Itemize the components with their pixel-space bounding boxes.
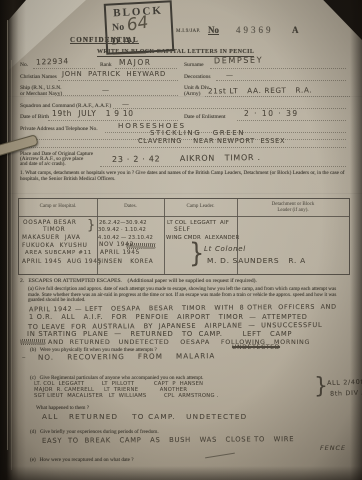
- col-header-detachment-1: Detachment or Block: [237, 202, 349, 207]
- q2c-names-line3: SGT LIEUT MACALISTER LT WILLIAMS CPL ARM…: [34, 393, 219, 399]
- camp-row1-leader-2: SELF: [174, 227, 191, 233]
- rank-value: MAJOR: [119, 58, 151, 67]
- stamp-handwritten-number: 64: [125, 12, 150, 35]
- decorations-value: —: [226, 71, 234, 79]
- question1-text: 1. What camps, detachments or hospitals …: [20, 171, 348, 183]
- serial-number: 49369: [236, 25, 274, 35]
- paper-crease: [0, 193, 362, 195]
- what-happened-text: What happened to them ?: [36, 405, 89, 411]
- unit-value: 21st LT AA. REGT R.A.: [208, 85, 313, 95]
- q2a-answer-line4: IN STARTING PLANE — RETURNED TO CAMP. LE…: [27, 330, 292, 338]
- field-line: [33, 68, 95, 69]
- q2a-text: (a) Give full description and approx. da…: [28, 287, 348, 304]
- camp-row1-dates-2: 30.9.42 · 1.10.42: [98, 227, 146, 233]
- address-line3: CLAVERING NEAR NEWPORT ESSEX: [138, 137, 285, 145]
- ship-value: —: [102, 86, 110, 94]
- rank-label: Rank: [100, 62, 112, 68]
- camp-row3-dates-2: APRIL 1945: [100, 250, 140, 256]
- address-line2: STICKLING GREEN: [150, 129, 245, 137]
- camp-row1-name-2: TIMOR: [43, 227, 65, 233]
- capture-label-line3: and date of a/c crash).: [20, 161, 66, 167]
- q2b-crossed-out-word: UNDETECTED: [232, 344, 280, 351]
- rows34-leader-2: M. D. SAUNDERS R. A: [207, 256, 306, 265]
- page-edge-line: [7, 20, 8, 450]
- camp-row2-dates: 4.10.42 — 23.10.42: [98, 235, 153, 241]
- surname-label: Surname: [184, 62, 204, 68]
- field-line: [58, 80, 178, 81]
- photo-edge-shadow: [0, 466, 362, 480]
- binding-edge: [0, 0, 26, 480]
- page-edge-line: [11, 60, 12, 470]
- form-reference: M.I.9/JAP.: [176, 29, 201, 34]
- camp-row4-dates: JINSEN KOREA: [99, 259, 153, 265]
- decorations-label: Decorations: [184, 74, 211, 80]
- q2b-answer: NO. RECOVERING FROM MALARIA: [38, 351, 215, 362]
- q2d-answer-line2: FENCE: [320, 444, 346, 452]
- pencil-scribble: [126, 243, 156, 249]
- col-header-dates: Dates.: [97, 204, 164, 209]
- col-header-detachment-2: Leader (if any).: [237, 208, 349, 213]
- question2-heading: 2. ESCAPES OR ATTEMPTED ESCAPES. (Additi…: [20, 278, 257, 284]
- field-line: [113, 108, 346, 109]
- serial-no-sign: No: [208, 25, 219, 35]
- field-line: [210, 68, 346, 69]
- no-value: 122934: [36, 56, 69, 66]
- camp-row1-dates-1: 26.2.42—30.9.42: [99, 220, 147, 226]
- address-label: Private Address and Telephone No.: [20, 126, 98, 132]
- surname-value: DEMPSEY: [214, 56, 263, 66]
- enlistment-label: Date of Enlistment: [184, 114, 226, 120]
- row1-brace: }: [87, 218, 95, 233]
- leader-brace: }: [189, 238, 204, 269]
- camp-row4-name: APRIL 1945 AUG 1945: [22, 259, 102, 265]
- camp-row2-name: MAKASUER JAVA: [22, 235, 81, 241]
- rows34-leader-1: Lt Colonel: [204, 245, 246, 253]
- col-header-leader: Camp Leader.: [164, 204, 237, 209]
- field-line: [20, 147, 346, 148]
- paper-crease: [0, 96, 362, 98]
- confidential-label-overlay: CONFIDENTIAL: [70, 36, 139, 44]
- camp-row1-name-1: OOSAPA BESAR: [23, 220, 77, 226]
- q2e-text: (e) How were you recaptured and on what …: [30, 457, 134, 463]
- table-header-rule: [19, 216, 349, 217]
- christian-names-value: JOHN PATRICK HEYWARD: [62, 70, 166, 78]
- dob-value: 19th JULY 1 9 10: [52, 109, 134, 118]
- document-photo: CONFIDENTIAL BLOCK No 64 D.A. M.I.9/JAP.…: [0, 0, 362, 480]
- what-happened-answer: ALL RETURNED TO CAMP. UNDETECTED: [42, 412, 247, 421]
- enlistment-value: 2 · 10 · 39: [244, 109, 299, 118]
- field-line: [216, 80, 346, 81]
- q2a-answer-line2: 1 O.R. ALL A.I.F. FOR PENFOIE AIRPORT TI…: [29, 313, 308, 321]
- stamp-no-text: No: [112, 22, 125, 34]
- serial-letter: A: [292, 25, 299, 35]
- field-line: [100, 166, 346, 167]
- photo-edge-shadow: [350, 0, 362, 480]
- camp-row3-name-1: FUKUOKA KYUSHU: [22, 243, 88, 249]
- camp-row3-name-2: AREA SUBCAMP #11: [25, 250, 92, 256]
- col-header-camp: Camp or Hospital.: [19, 204, 97, 209]
- camps-table: Camp or Hospital. Dates. Camp Leader. De…: [18, 198, 350, 275]
- q2c-brace: }: [314, 374, 328, 399]
- field-line: [115, 68, 177, 69]
- block-number-stamp: BLOCK No 64 D.A.: [104, 0, 175, 54]
- camp-row1-leader-1: LT COL LEGGATT AIF: [167, 220, 229, 226]
- squadron-value: —: [122, 100, 130, 108]
- table-divider: [164, 199, 165, 274]
- q2d-text: (d) Give briefly your experiences during…: [30, 429, 159, 435]
- field-line: [237, 120, 346, 121]
